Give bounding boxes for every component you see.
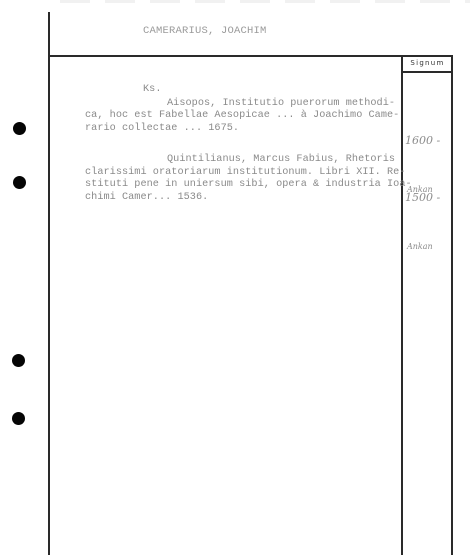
card-heading: CAMERARIUS, JOACHIM <box>143 25 267 37</box>
signum-note: Ankan <box>407 242 440 252</box>
entry-line: Quintilianus, Marcus Fabius, Rhetoris <box>167 154 395 167</box>
entry-line: chimi Camer... 1536. <box>85 192 208 205</box>
punch-hole-4 <box>12 412 25 425</box>
signum-column-left-border <box>401 55 403 555</box>
punch-hole-3 <box>12 354 25 367</box>
signum-column-header: Signum <box>403 59 452 67</box>
card-left-border <box>48 12 50 555</box>
entry-line: rario collectae ... 1675. <box>85 123 239 136</box>
header-rule <box>48 55 453 57</box>
signum-number: 1500 - <box>405 191 440 204</box>
entry-line: Aisopos, Institutio puerorum methodi- <box>167 98 395 111</box>
section-label: Ks. <box>143 84 162 97</box>
punch-hole-1 <box>13 122 26 135</box>
entry-line: clarissimi oratoriarum institutionum. Li… <box>85 167 406 180</box>
entry-line: ca, hoc est Fabellae Aesopicae ... à Joa… <box>85 110 399 123</box>
punch-hole-2 <box>13 176 26 189</box>
signum-handwritten-2: 1500 - Ankan <box>405 153 440 290</box>
scan-bleed-through <box>60 0 470 3</box>
signum-column-right-border <box>451 55 453 555</box>
entry-line: stituti pene in uniersum sibi, opera & i… <box>85 179 412 192</box>
signum-number: 1600 - <box>405 134 440 147</box>
signum-header-rule <box>401 71 453 73</box>
